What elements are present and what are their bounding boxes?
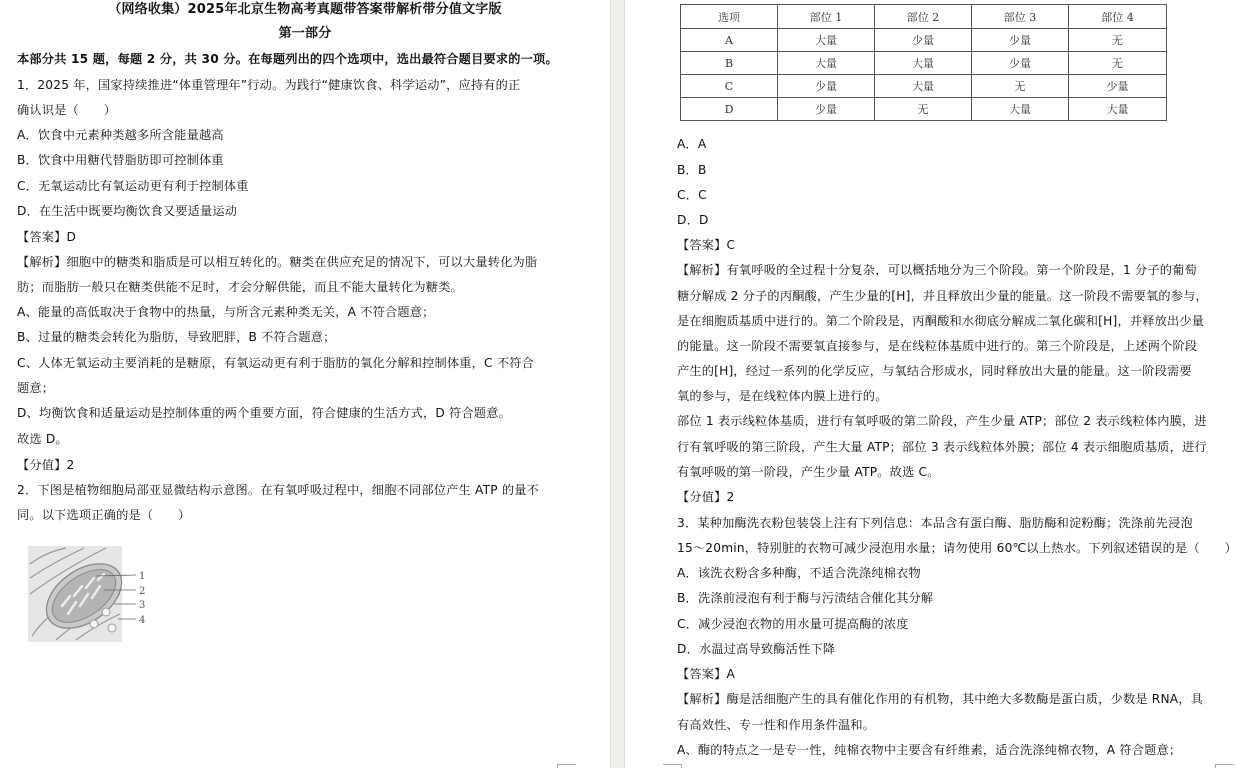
table-cell: 少量 <box>778 75 875 98</box>
table-cell: B <box>681 52 778 75</box>
q2-analysis-line: 【解析】有氧呼吸的全过程十分复杂，可以概括地分为三个阶段。第一个阶段是，1 分子… <box>677 262 1197 278</box>
table-cell: 少量 <box>972 29 1069 52</box>
table-cell: 大量 <box>778 29 875 52</box>
q3-option-c: C．减少浸泡衣物的用水量可提高酶的浓度 <box>677 616 909 632</box>
page-gutter <box>610 0 625 768</box>
document-page-left: （网络收集）2025年北京生物高考真题带答案带解析带分值文字版 第一部分 本部分… <box>0 0 610 768</box>
q3-analysis-cont: 有高效性、专一性和作用条件温和。 <box>677 717 875 733</box>
q1-explain-b: B、过量的糖类会转化为脂肪，导致肥胖，B 不符合题意； <box>17 329 336 345</box>
q1-stem: 1．2025 年，国家持续推进“体重管理年”行动。为践行“健康饮食、科学运动”，… <box>17 77 520 93</box>
q3-option-d: D．水温过高导致酶活性下降 <box>677 641 835 657</box>
table-cell: 大量 <box>778 52 875 75</box>
q2-option-a: A．A <box>677 136 706 152</box>
q2-analysis-line: 氧的参与，是在线粒体内膜上进行的。 <box>677 388 888 404</box>
figure-label-1: 1 <box>139 571 145 582</box>
mitochondrion-diagram: 1 2 3 4 <box>26 544 156 644</box>
figure-label-2: 2 <box>139 586 145 597</box>
section-instructions: 本部分共 15 题，每题 2 分，共 30 分。在每题列出的四个选项中，选出最符… <box>17 51 558 67</box>
q1-explain-c: C、人体无氧运动主要消耗的是糖原，有氧运动更有利于脂肪的氧化分解和控制体重，C … <box>17 355 534 371</box>
table-row: B 大量 大量 少量 无 <box>681 52 1167 75</box>
q2-analysis-line: 是在细胞质基质中进行的。第二个阶段是，丙酮酸和水彻底分解成二氧化碳和[H]，并释… <box>677 313 1204 329</box>
q3-analysis: 【解析】酶是活细胞产生的具有催化作用的有机物，其中绝大多数酶是蛋白质，少数是 R… <box>677 691 1203 707</box>
q3-explain-a: A、酶的特点之一是专一性，纯棉衣物中主要含有纤维素，适合洗涤纯棉衣物，A 符合题… <box>677 742 1181 758</box>
q1-answer: 【答案】D <box>17 229 76 245</box>
document-title: （网络收集）2025年北京生物高考真题带答案带解析带分值文字版 <box>0 2 610 18</box>
q2-stem-cont: 同。以下选项正确的是（ ） <box>17 507 190 523</box>
q3-stem-cont: 15～20min，特别脏的衣物可减少浸泡用水量；请勿使用 60℃以上热水。下列叙… <box>677 540 1236 556</box>
q3-option-b: B．洗涤前浸泡有利于酶与污渍结合催化其分解 <box>677 590 933 606</box>
q1-score: 【分值】2 <box>17 457 75 473</box>
q3-option-a: A．该洗衣粉含多种酶，不适合洗涤纯棉衣物 <box>677 565 921 581</box>
q2-analysis-line: 行有氧呼吸的第三阶段，产生大量 ATP；部位 3 表示线粒体外膜；部位 4 表示… <box>677 439 1207 455</box>
table-cell: C <box>681 75 778 98</box>
table-row: D 少量 无 大量 大量 <box>681 98 1167 121</box>
q1-stem-cont: 确认识是（ ） <box>17 102 116 118</box>
table-cell: 无 <box>1069 52 1167 75</box>
q1-explain-a: A、能量的高低取决于食物中的热量，与所含元素种类无关，A 不符合题意； <box>17 304 435 320</box>
table-header-row: 选项 部位 1 部位 2 部位 3 部位 4 <box>681 5 1167 29</box>
q2-analysis-line: 部位 1 表示线粒体基质，进行有氧呼吸的第二阶段，产生少量 ATP；部位 2 表… <box>677 413 1207 429</box>
q2-answer: 【答案】C <box>677 237 735 253</box>
table-cell: 无 <box>972 75 1069 98</box>
q1-explain-c-cont: 题意； <box>17 380 54 396</box>
atp-options-table: 选项 部位 1 部位 2 部位 3 部位 4 A 大量 少量 少量 无 B 大量… <box>680 4 1167 121</box>
q2-option-b: B．B <box>677 162 707 178</box>
table-cell: 无 <box>875 98 972 121</box>
q1-option-d: D．在生活中既要均衡饮食又要适量运动 <box>17 203 237 219</box>
table-row: A 大量 少量 少量 无 <box>681 29 1167 52</box>
q2-analysis-line: 糖分解成 2 分子的丙酮酸，产生少量的[H]，并且释放出少量的能量。这一阶段不需… <box>677 288 1208 304</box>
q2-analysis-line: 有氧呼吸的第一阶段，产生少量 ATP。故选 C。 <box>677 464 940 480</box>
q1-explain-d: D、均衡饮食和适量运动是控制体重的两个重要方面，符合健康的生活方式，D 符合题意… <box>17 405 511 421</box>
table-cell: 少量 <box>778 98 875 121</box>
q1-option-c: C．无氧运动比有氧运动更有利于控制体重 <box>17 178 249 194</box>
table-header-cell: 部位 1 <box>778 5 875 29</box>
page-corner-marker <box>557 764 576 768</box>
q2-analysis-line: 的能量。这一阶段不需要氧直接参与，是在线粒体基质中进行的。第三个阶段是，上述两个… <box>677 338 1197 354</box>
page-corner-marker <box>663 764 682 768</box>
figure-label-4: 4 <box>139 615 145 626</box>
q2-analysis-line: 产生的[H]，经过一系列的化学反应，与氧结合形成水，同时释放出大量的能量。这一阶… <box>677 363 1192 379</box>
figure-label-3: 3 <box>139 600 145 611</box>
q2-option-c: C．C <box>677 187 707 203</box>
table-cell: 大量 <box>875 75 972 98</box>
table-cell: D <box>681 98 778 121</box>
q1-option-b: B．饮食中用糖代替脂肪即可控制体重 <box>17 152 224 168</box>
table-cell: 少量 <box>1069 75 1167 98</box>
section-heading: 第一部分 <box>0 26 610 42</box>
table-cell: 大量 <box>875 52 972 75</box>
q1-option-a: A．饮食中元素种类越多所含能量越高 <box>17 127 224 143</box>
table-header-cell: 部位 3 <box>972 5 1069 29</box>
table-header-cell: 选项 <box>681 5 778 29</box>
table-cell: 大量 <box>1069 98 1167 121</box>
table-cell: 大量 <box>972 98 1069 121</box>
q2-stem: 2．下图是植物细胞局部亚显微结构示意图。在有氧呼吸过程中，细胞不同部位产生 AT… <box>17 482 539 498</box>
table-row: C 少量 大量 无 少量 <box>681 75 1167 98</box>
table-header-cell: 部位 4 <box>1069 5 1167 29</box>
q1-conclusion: 故选 D。 <box>17 431 68 447</box>
q2-score: 【分值】2 <box>677 489 735 505</box>
q2-option-d: D．D <box>677 212 709 228</box>
q1-analysis-cont: 肪；而脂肪一般只在糖类供能不足时，才会分解供能，而且不能大量转化为糖类。 <box>17 279 463 295</box>
table-cell: 少量 <box>972 52 1069 75</box>
table-header-cell: 部位 2 <box>875 5 972 29</box>
q3-stem: 3．某种加酶洗衣粉包装袋上注有下列信息：本品含有蛋白酶、脂肪酶和淀粉酶；洗涤前先… <box>677 515 1193 531</box>
table-cell: 少量 <box>875 29 972 52</box>
q1-analysis: 【解析】细胞中的糖类和脂质是可以相互转化的。糖类在供应充足的情况下，可以大量转化… <box>17 254 537 270</box>
table-cell: A <box>681 29 778 52</box>
q3-answer: 【答案】A <box>677 666 735 682</box>
table-cell: 无 <box>1069 29 1167 52</box>
page-corner-marker <box>1215 764 1234 768</box>
